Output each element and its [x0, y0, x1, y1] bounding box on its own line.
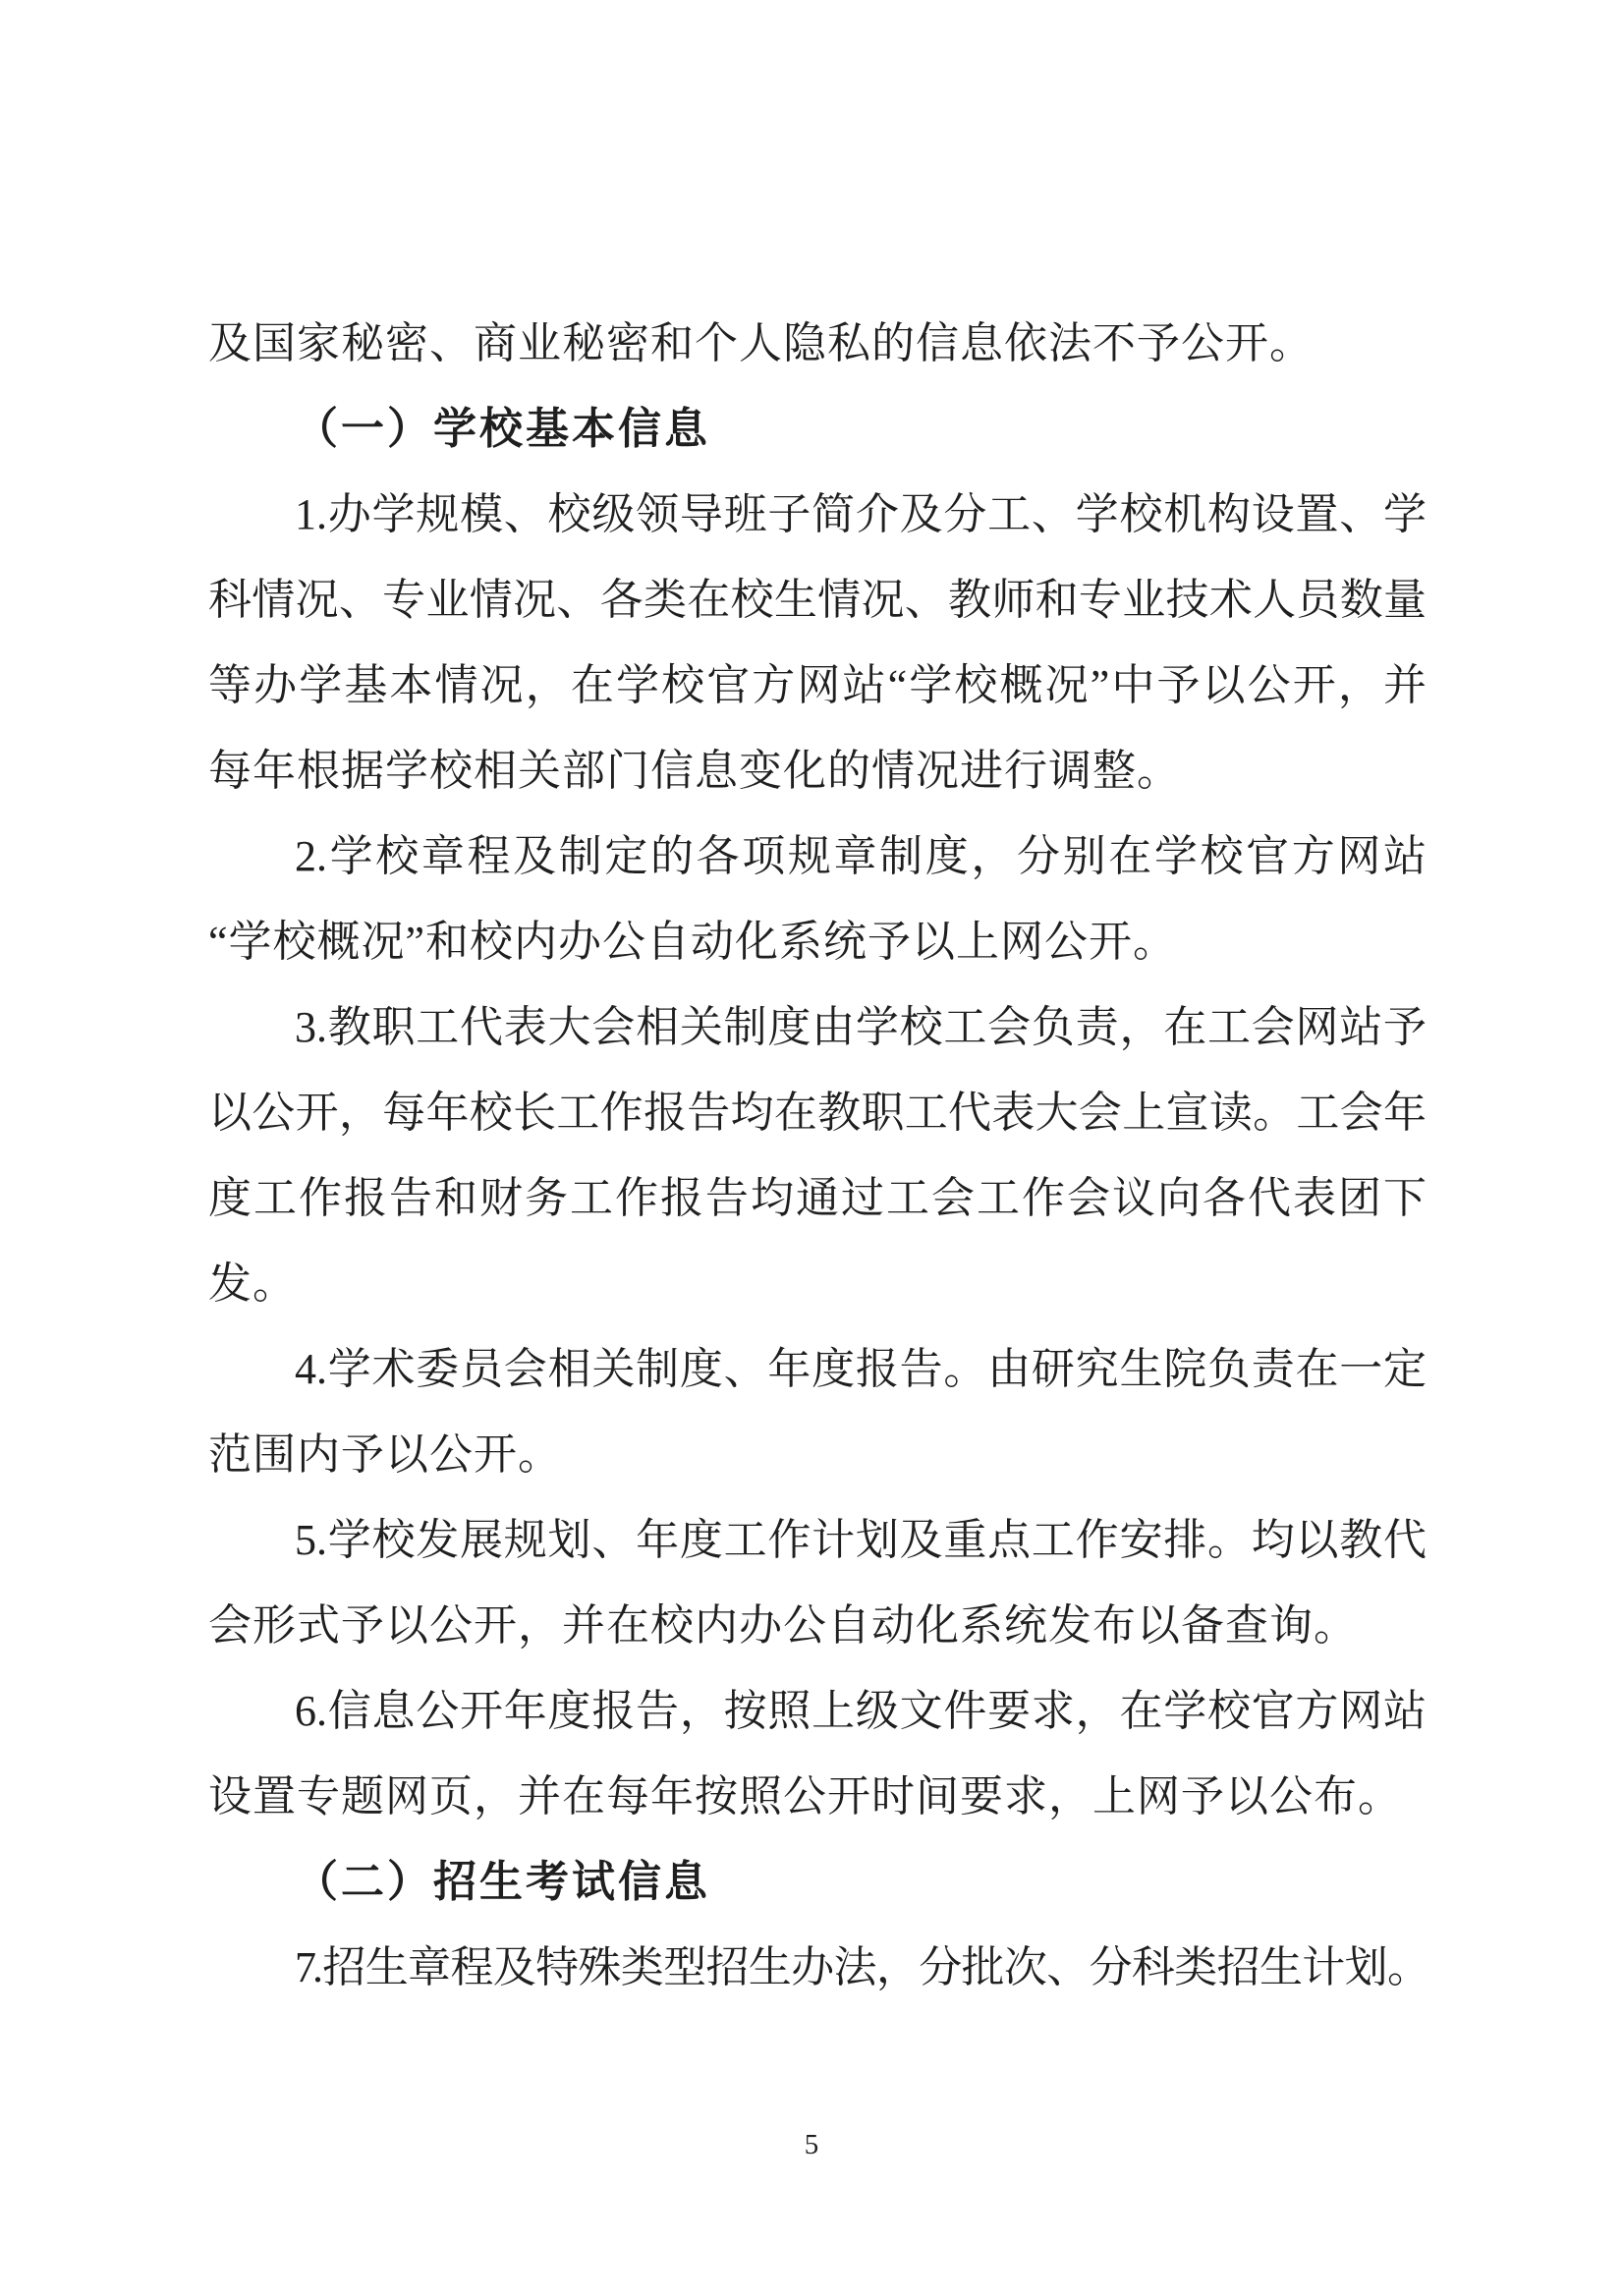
- paragraph-first-line: 4.学术委员会相关制度、年度报告。由研究生院负责在一定: [208, 1326, 1427, 1412]
- paragraph-line: 等办学基本情况，在学校官方网站“学校概况”中予以公开，并: [208, 643, 1427, 728]
- paragraph-line: 及国家秘密、商业秘密和个人隐私的信息依法不予公开。: [208, 301, 1427, 386]
- paragraph-first-line: 5.学校发展规划、年度工作计划及重点工作安排。均以教代: [208, 1497, 1427, 1583]
- paragraph-line: 度工作报告和财务工作报告均通过工会工作会议向各代表团下: [208, 1155, 1427, 1241]
- paragraph-line: 会形式予以公开，并在校内办公自动化系统发布以备查询。: [208, 1583, 1427, 1668]
- paragraph-line: 范围内予以公开。: [208, 1412, 1427, 1497]
- paragraph-first-line: 3.教职工代表大会相关制度由学校工会负责，在工会网站予: [208, 984, 1427, 1070]
- paragraph-line: 每年根据学校相关部门信息变化的情况进行调整。: [208, 728, 1427, 813]
- paragraph-first-line: 1.办学规模、校级领导班子简介及分工、学校机构设置、学: [208, 472, 1427, 557]
- page-number: 5: [0, 2123, 1623, 2166]
- paragraph-line: 设置专题网页，并在每年按照公开时间要求，上网予以公布。: [208, 1754, 1427, 1839]
- paragraph-first-line: 2.学校章程及制定的各项规章制度，分别在学校官方网站: [208, 813, 1427, 899]
- document-body: 及国家秘密、商业秘密和个人隐私的信息依法不予公开。 （一）学校基本信息 1.办学…: [208, 301, 1427, 2010]
- paragraph-line: 以公开，每年校长工作报告均在教职工代表大会上宣读。工会年: [208, 1070, 1427, 1155]
- paragraph-first-line: 7.招生章程及特殊类型招生办法，分批次、分科类招生计划。: [208, 1925, 1427, 2010]
- paragraph-line: 发。: [208, 1241, 1427, 1326]
- document-page: 及国家秘密、商业秘密和个人隐私的信息依法不予公开。 （一）学校基本信息 1.办学…: [0, 0, 1623, 2296]
- section-heading-2: （二）招生考试信息: [208, 1839, 1427, 1925]
- section-heading-1: （一）学校基本信息: [208, 386, 1427, 472]
- paragraph-line: 科情况、专业情况、各类在校生情况、教师和专业技术人员数量: [208, 557, 1427, 643]
- paragraph-line: “学校概况”和校内办公自动化系统予以上网公开。: [208, 899, 1427, 984]
- paragraph-first-line: 6.信息公开年度报告，按照上级文件要求，在学校官方网站: [208, 1668, 1427, 1754]
